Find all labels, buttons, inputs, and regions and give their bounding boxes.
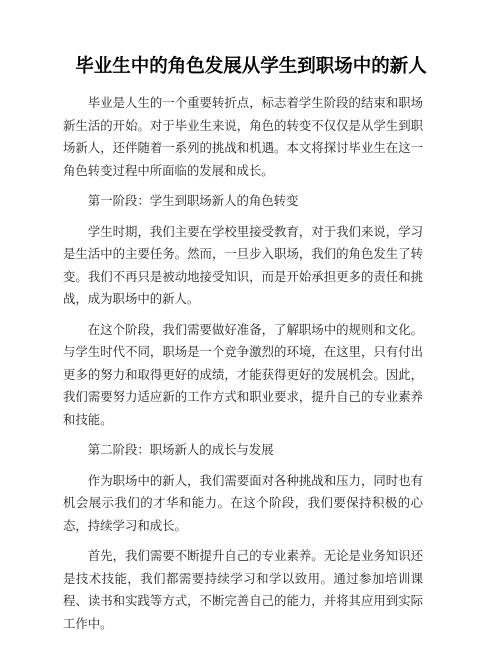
section-heading-stage-2: 第二阶段：职场新人的成长与发展 — [63, 439, 423, 462]
paragraph-stage-2-a: 作为职场中的新人，我们需要面对各种挑战和压力，同时也有机会展示我们的才华和能力。… — [63, 470, 423, 538]
paragraph-stage-2-b: 首先，我们需要不断提升自己的专业素养。无论是业务知识还是技术技能，我们都需要持续… — [63, 545, 423, 635]
paragraph-intro: 毕业是人生的一个重要转折点，标志着学生阶段的结束和职场新生活的开始。对于毕业生来… — [63, 92, 423, 182]
section-heading-stage-1: 第一阶段：学生到职场新人的角色转变 — [63, 190, 423, 213]
paragraph-stage-1-a: 学生时期，我们主要在学校里接受教育，对于我们来说，学习是生活中的主要任务。然而，… — [63, 221, 423, 311]
document-title: 毕业生中的角色发展从学生到职场中的新人 — [0, 55, 502, 79]
document-page: 毕业生中的角色发展从学生到职场中的新人 毕业是人生的一个重要转折点，标志着学生阶… — [0, 0, 502, 649]
document-body: 毕业是人生的一个重要转折点，标志着学生阶段的结束和职场新生活的开始。对于毕业生来… — [63, 92, 423, 635]
paragraph-stage-1-b: 在这个阶段，我们需要做好准备，了解职场中的规则和文化。与学生时代不同，职场是一个… — [63, 319, 423, 432]
